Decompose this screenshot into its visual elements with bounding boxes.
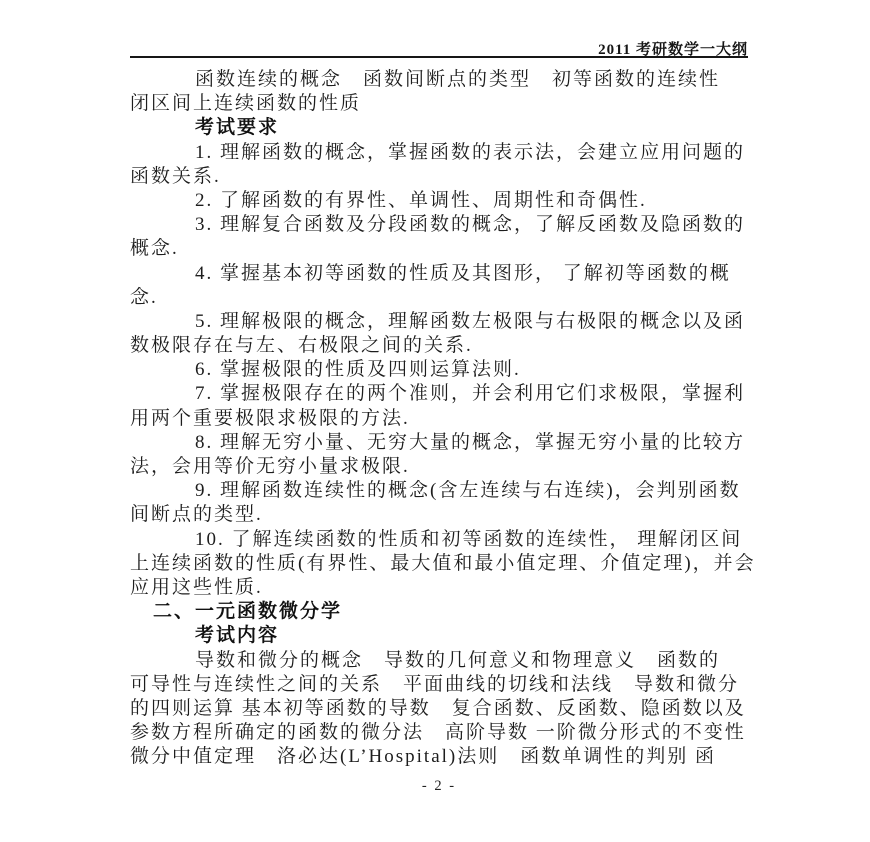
text-line: 参数方程所确定的函数的微分法 高阶导数 一阶微分形式的不变性 <box>130 721 760 745</box>
text-line: 2. 了解函数的有界性、单调性、周期性和奇偶性. <box>130 189 760 213</box>
text-line: 3. 理解复合函数及分段函数的概念，了解反函数及隐函数的 <box>130 213 760 237</box>
text-line: 4. 掌握基本初等函数的性质及其图形， 了解初等函数的概 <box>130 262 760 286</box>
header-rule <box>130 56 748 58</box>
text-line: 1. 理解函数的概念，掌握函数的表示法，会建立应用问题的 <box>130 141 760 165</box>
text-line: 函数关系. <box>130 165 760 189</box>
text-line: 10. 了解连续函数的性质和初等函数的连续性， 理解闭区间 <box>130 528 760 552</box>
document-body: 函数连续的概念 函数间断点的类型 初等函数的连续性闭区间上连续函数的性质考试要求… <box>130 68 760 769</box>
text-line: 导数和微分的概念 导数的几何意义和物理意义 函数的 <box>130 649 760 673</box>
page-number: - 2 - <box>130 778 748 795</box>
text-line: 微分中值定理 洛必达(L’Hospital)法则 函数单调性的判别 函 <box>130 745 760 769</box>
text-line: 概念. <box>130 237 760 261</box>
text-line: 5. 理解极限的概念，理解函数左极限与右极限的概念以及函 <box>130 310 760 334</box>
text-line: 间断点的类型. <box>130 503 760 527</box>
text-line: 9. 理解函数连续性的概念(含左连续与右连续)，会判别函数 <box>130 479 760 503</box>
document-page: 2011 考研数学一大纲 函数连续的概念 函数间断点的类型 初等函数的连续性闭区… <box>0 0 870 842</box>
text-line: 8. 理解无穷小量、无穷大量的概念，掌握无穷小量的比较方 <box>130 431 760 455</box>
text-line: 应用这些性质. <box>130 576 760 600</box>
text-line: 考试内容 <box>130 624 760 648</box>
text-line: 6. 掌握极限的性质及四则运算法则. <box>130 358 760 382</box>
text-line: 念. <box>130 286 760 310</box>
text-line: 数极限存在与左、右极限之间的关系. <box>130 334 760 358</box>
text-line: 法，会用等价无穷小量求极限. <box>130 455 760 479</box>
text-line: 上连续函数的性质(有界性、最大值和最小值定理、介值定理)，并会 <box>130 552 760 576</box>
text-line: 7. 掌握极限存在的两个准则，并会利用它们求极限，掌握利 <box>130 382 760 406</box>
text-line: 闭区间上连续函数的性质 <box>130 92 760 116</box>
text-line: 可导性与连续性之间的关系 平面曲线的切线和法线 导数和微分 <box>130 673 760 697</box>
text-line: 函数连续的概念 函数间断点的类型 初等函数的连续性 <box>130 68 760 92</box>
text-line: 二、一元函数微分学 <box>130 600 760 624</box>
text-line: 的四则运算 基本初等函数的导数 复合函数、反函数、隐函数以及 <box>130 697 760 721</box>
text-line: 用两个重要极限求极限的方法. <box>130 407 760 431</box>
text-line: 考试要求 <box>130 116 760 140</box>
